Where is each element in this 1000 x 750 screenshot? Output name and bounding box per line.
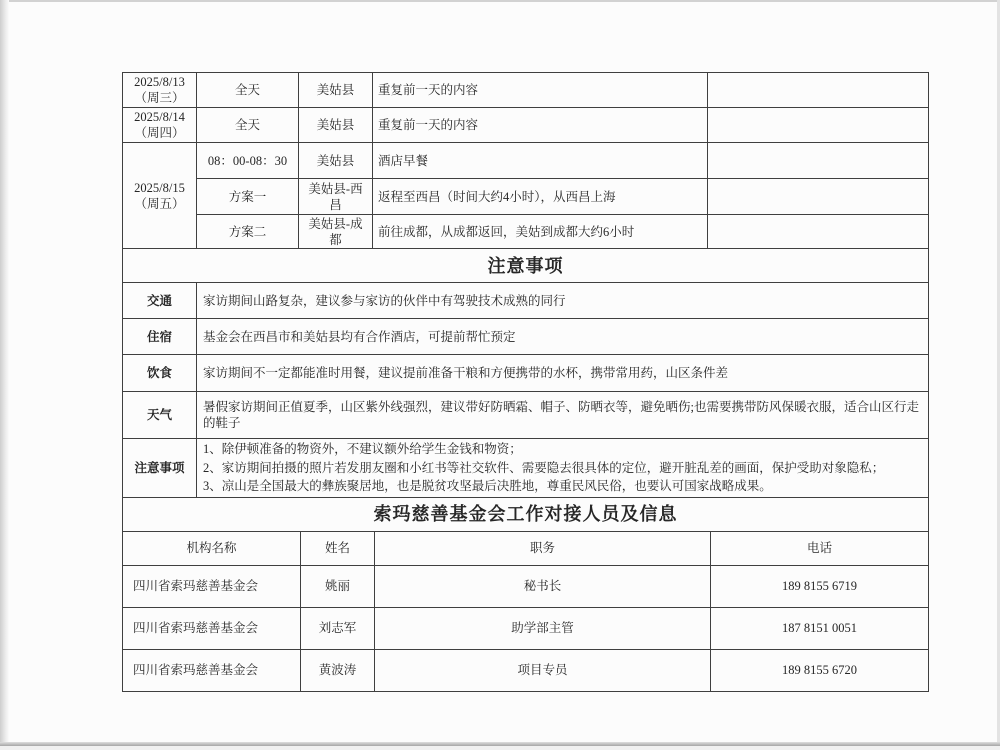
table-row: 机构名称 姓名 职务 电话 xyxy=(123,531,929,565)
schedule-location: 美姑县-西昌 xyxy=(299,179,373,215)
background-below-page xyxy=(0,746,1000,750)
table-row: 饮食 家访期间不一定都能准时用餐，建议提前准备干粮和方便携带的水杯，携带常用药，… xyxy=(123,355,929,392)
contact-org: 四川省索玛慈善基金会 xyxy=(123,565,301,607)
table-row: 注意事项 1、除伊顿准备的物资外，不建议额外给学生金钱和物资； 2、家访期间拍摄… xyxy=(123,439,929,498)
notes-section-title: 注意事项 xyxy=(123,249,929,283)
schedule-time: 全天 xyxy=(197,108,299,143)
schedule-extra xyxy=(708,215,929,249)
page-edge-top xyxy=(0,0,1000,2)
schedule-location: 美姑县-成都 xyxy=(299,215,373,249)
schedule-table: 2025/8/13 （周三） 全天 美姑县 重复前一天的内容 2025/8/14… xyxy=(122,72,929,249)
contacts-header-title: 职务 xyxy=(375,531,711,565)
contact-title: 助学部主管 xyxy=(375,607,711,649)
note-content: 暑假家访期间正值夏季，山区紫外线强烈，建议带好防晒霜、帽子、防晒衣等，避免晒伤;… xyxy=(197,392,929,439)
note-content: 1、除伊顿准备的物资外，不建议额外给学生金钱和物资； 2、家访期间拍摄的照片若发… xyxy=(197,439,929,498)
contact-title: 秘书长 xyxy=(375,565,711,607)
schedule-content: 酒店早餐 xyxy=(373,143,708,179)
schedule-content: 重复前一天的内容 xyxy=(373,73,708,108)
schedule-time: 08：00-08：30 xyxy=(197,143,299,179)
schedule-date: 2025/8/14 （周四） xyxy=(123,108,197,143)
schedule-time: 全天 xyxy=(197,73,299,108)
contacts-header-phone: 电话 xyxy=(711,531,929,565)
table-row: 四川省索玛慈善基金会 黄波涛 项目专员 189 8155 6720 xyxy=(123,649,929,691)
table-row: 2025/8/13 （周三） 全天 美姑县 重复前一天的内容 xyxy=(123,73,929,108)
contacts-section-title: 索玛慈善基金会工作对接人员及信息 xyxy=(123,497,929,531)
schedule-location: 美姑县 xyxy=(299,73,373,108)
page-edge-left xyxy=(0,0,9,744)
note-label: 住宿 xyxy=(123,319,197,355)
note-label: 饮食 xyxy=(123,355,197,392)
table-row: 2025/8/15 （周五） 08：00-08：30 美姑县 酒店早餐 xyxy=(123,143,929,179)
schedule-content: 前往成都，从成都返回，美姑到成都大约6小时 xyxy=(373,215,708,249)
schedule-extra xyxy=(708,143,929,179)
schedule-content: 返程至西昌（时间大约4小时），从西昌上海 xyxy=(373,179,708,215)
contact-name: 黄波涛 xyxy=(301,649,375,691)
contact-name: 刘志军 xyxy=(301,607,375,649)
schedule-location: 美姑县 xyxy=(299,108,373,143)
document-body: 2025/8/13 （周三） 全天 美姑县 重复前一天的内容 2025/8/14… xyxy=(122,72,928,692)
table-row: 方案二 美姑县-成都 前往成都，从成都返回，美姑到成都大约6小时 xyxy=(123,215,929,249)
contact-title: 项目专员 xyxy=(375,649,711,691)
table-row: 方案一 美姑县-西昌 返程至西昌（时间大约4小时），从西昌上海 xyxy=(123,179,929,215)
contact-org: 四川省索玛慈善基金会 xyxy=(123,607,301,649)
schedule-date: 2025/8/13 （周三） xyxy=(123,73,197,108)
notes-table: 注意事项 交通 家访期间山路复杂，建议参与家访的伙伴中有驾驶技术成熟的同行 住宿… xyxy=(122,248,929,498)
note-content: 家访期间山路复杂，建议参与家访的伙伴中有驾驶技术成熟的同行 xyxy=(197,283,929,319)
schedule-plan: 方案一 xyxy=(197,179,299,215)
contact-name: 姚丽 xyxy=(301,565,375,607)
note-content: 家访期间不一定都能准时用餐，建议提前准备干粮和方便携带的水杯，携带常用药，山区条… xyxy=(197,355,929,392)
table-row: 交通 家访期间山路复杂，建议参与家访的伙伴中有驾驶技术成熟的同行 xyxy=(123,283,929,319)
schedule-location: 美姑县 xyxy=(299,143,373,179)
schedule-plan: 方案二 xyxy=(197,215,299,249)
table-row: 住宿 基金会在西昌市和美姑县均有合作酒店，可提前帮忙预定 xyxy=(123,319,929,355)
table-row: 四川省索玛慈善基金会 刘志军 助学部主管 187 8151 0051 xyxy=(123,607,929,649)
contacts-header-name: 姓名 xyxy=(301,531,375,565)
contacts-table: 索玛慈善基金会工作对接人员及信息 机构名称 姓名 职务 电话 四川省索玛慈善基金… xyxy=(122,497,929,692)
schedule-content: 重复前一天的内容 xyxy=(373,108,708,143)
table-row: 天气 暑假家访期间正值夏季，山区紫外线强烈，建议带好防晒霜、帽子、防晒衣等，避免… xyxy=(123,392,929,439)
schedule-extra xyxy=(708,179,929,215)
note-label: 交通 xyxy=(123,283,197,319)
contact-org: 四川省索玛慈善基金会 xyxy=(123,649,301,691)
table-row: 四川省索玛慈善基金会 姚丽 秘书长 189 8155 6719 xyxy=(123,565,929,607)
contact-phone: 187 8151 0051 xyxy=(711,607,929,649)
schedule-extra xyxy=(708,108,929,143)
schedule-extra xyxy=(708,73,929,108)
document-page: 2025/8/13 （周三） 全天 美姑县 重复前一天的内容 2025/8/14… xyxy=(0,0,1000,750)
table-row: 注意事项 xyxy=(123,249,929,283)
table-row: 索玛慈善基金会工作对接人员及信息 xyxy=(123,497,929,531)
note-label: 天气 xyxy=(123,392,197,439)
note-content: 基金会在西昌市和美姑县均有合作酒店，可提前帮忙预定 xyxy=(197,319,929,355)
contact-phone: 189 8155 6720 xyxy=(711,649,929,691)
contacts-header-org: 机构名称 xyxy=(123,531,301,565)
table-row: 2025/8/14 （周四） 全天 美姑县 重复前一天的内容 xyxy=(123,108,929,143)
contact-phone: 189 8155 6719 xyxy=(711,565,929,607)
schedule-date: 2025/8/15 （周五） xyxy=(123,143,197,249)
note-label: 注意事项 xyxy=(123,439,197,498)
